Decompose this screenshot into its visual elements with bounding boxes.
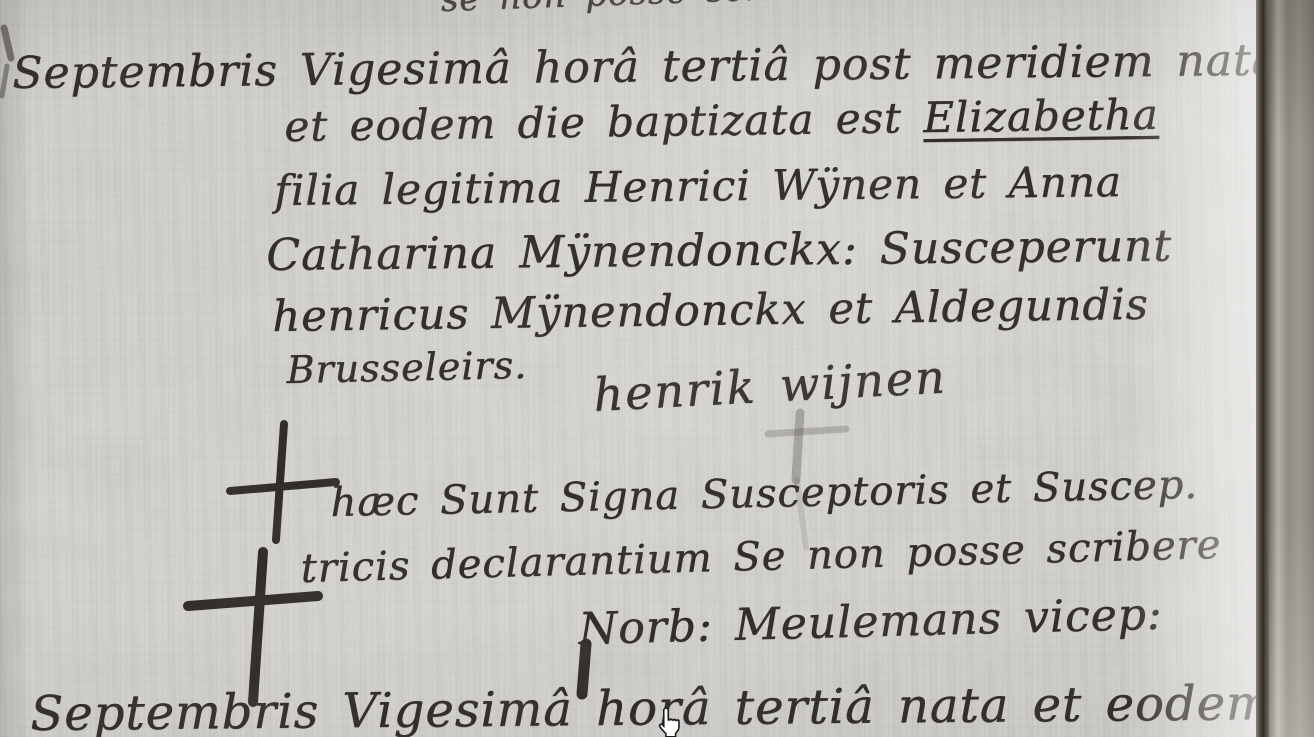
line-godparent-surname-segment-0: Brusseleirs.: [286, 343, 527, 392]
line-godparents: henricus Mÿnendonckx et Aldegundis: [272, 280, 1149, 342]
line-parents-1: filia legitima Henrici Wÿnen et Anna: [274, 157, 1122, 215]
page-edge-line: [1256, 0, 1269, 737]
line-signa-formula-1: hæc Sunt Signa Susceptoris et Suscep.: [330, 462, 1198, 526]
signature-henrik-wijnen-segment-0: henrik wijnen: [592, 349, 948, 421]
line-baptism-segment-0: et eodem die baptizata est: [284, 93, 923, 151]
previous-record-ending-segment-0: se non posse scribere N: Meulemans vicep…: [440, 0, 1291, 20]
next-record-start: Septembris Vigesimâ horâ tertiâ nata et …: [30, 674, 1314, 737]
signature-priest-segment-0: Norb: Meulemans vicep:: [578, 589, 1163, 655]
line-baptism-segment-1: Elizabetha: [923, 90, 1159, 142]
line-signa-formula-2-segment-0: tricis declarantium Se non posse scriber…: [300, 522, 1222, 592]
line-parents-2: Catharina Mÿnendonckx: Susceperunt: [266, 221, 1172, 281]
handwriting-layer: se non posse scribere N: Meulemans vicep…: [0, 0, 1314, 737]
scanned-register-page: se non posse scribere N: Meulemans vicep…: [0, 0, 1314, 737]
line-signa-formula-2: tricis declarantium Se non posse scriber…: [300, 522, 1222, 592]
line-parents-1-segment-0: filia legitima Henrici Wÿnen et Anna: [274, 157, 1122, 215]
previous-record-ending: se non posse scribere N: Meulemans vicep…: [440, 0, 1291, 20]
adjacent-page-band: [1269, 0, 1314, 737]
line-parents-2-segment-0: Catharina Mÿnendonckx: Susceperunt: [266, 221, 1172, 281]
line-godparents-segment-0: henricus Mÿnendonckx et Aldegundis: [272, 280, 1149, 342]
signature-priest: Norb: Meulemans vicep:: [578, 589, 1163, 655]
line-birth-date: Septembris Vigesimâ horâ tertiâ post mer…: [12, 35, 1279, 99]
line-godparent-surname: Brusseleirs.: [286, 343, 527, 392]
signature-henrik-wijnen: henrik wijnen: [592, 349, 948, 421]
line-baptism: et eodem die baptizata est Elizabetha: [284, 90, 1159, 151]
line-signa-formula-1-segment-0: hæc Sunt Signa Susceptoris et Suscep.: [330, 462, 1198, 526]
next-record-start-segment-0: Septembris Vigesimâ horâ tertiâ nata et …: [30, 674, 1314, 737]
line-birth-date-segment-0: Septembris Vigesimâ horâ tertiâ post mer…: [12, 35, 1279, 99]
